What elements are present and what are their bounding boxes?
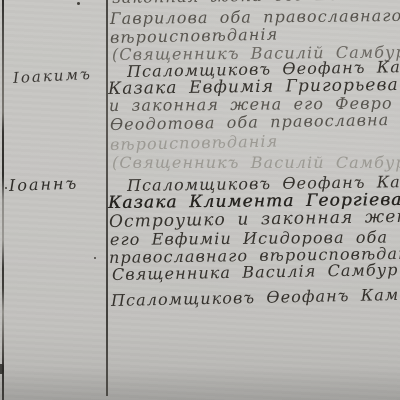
margin-name-ioakim: Іоакимъ — [13, 66, 93, 87]
handwritten-line-16: Священника Василія Самбур — [112, 261, 399, 284]
scan-shadow — [0, 366, 400, 400]
handwritten-line-17: Псаломщиковъ Ѳеофанъ Каминскій — [111, 285, 400, 310]
page-edge-line — [2, 0, 4, 400]
ink-speck — [77, 2, 80, 5]
handwritten-line-9: вѣроисповѣданія — [110, 132, 279, 153]
margin-name-ioann: Іоаннъ — [9, 175, 79, 195]
document-page: Іоакимъ Іоаннъ законная жена его Евдокія… — [0, 0, 400, 400]
page-edge-ink-mark — [0, 364, 4, 374]
handwritten-line-10: (Священникъ Василій Самбур — [112, 154, 400, 172]
ink-speck — [94, 257, 96, 259]
ink-speck — [5, 187, 7, 189]
handwritten-line-8: Ѳеодотова оба православна — [110, 111, 390, 133]
